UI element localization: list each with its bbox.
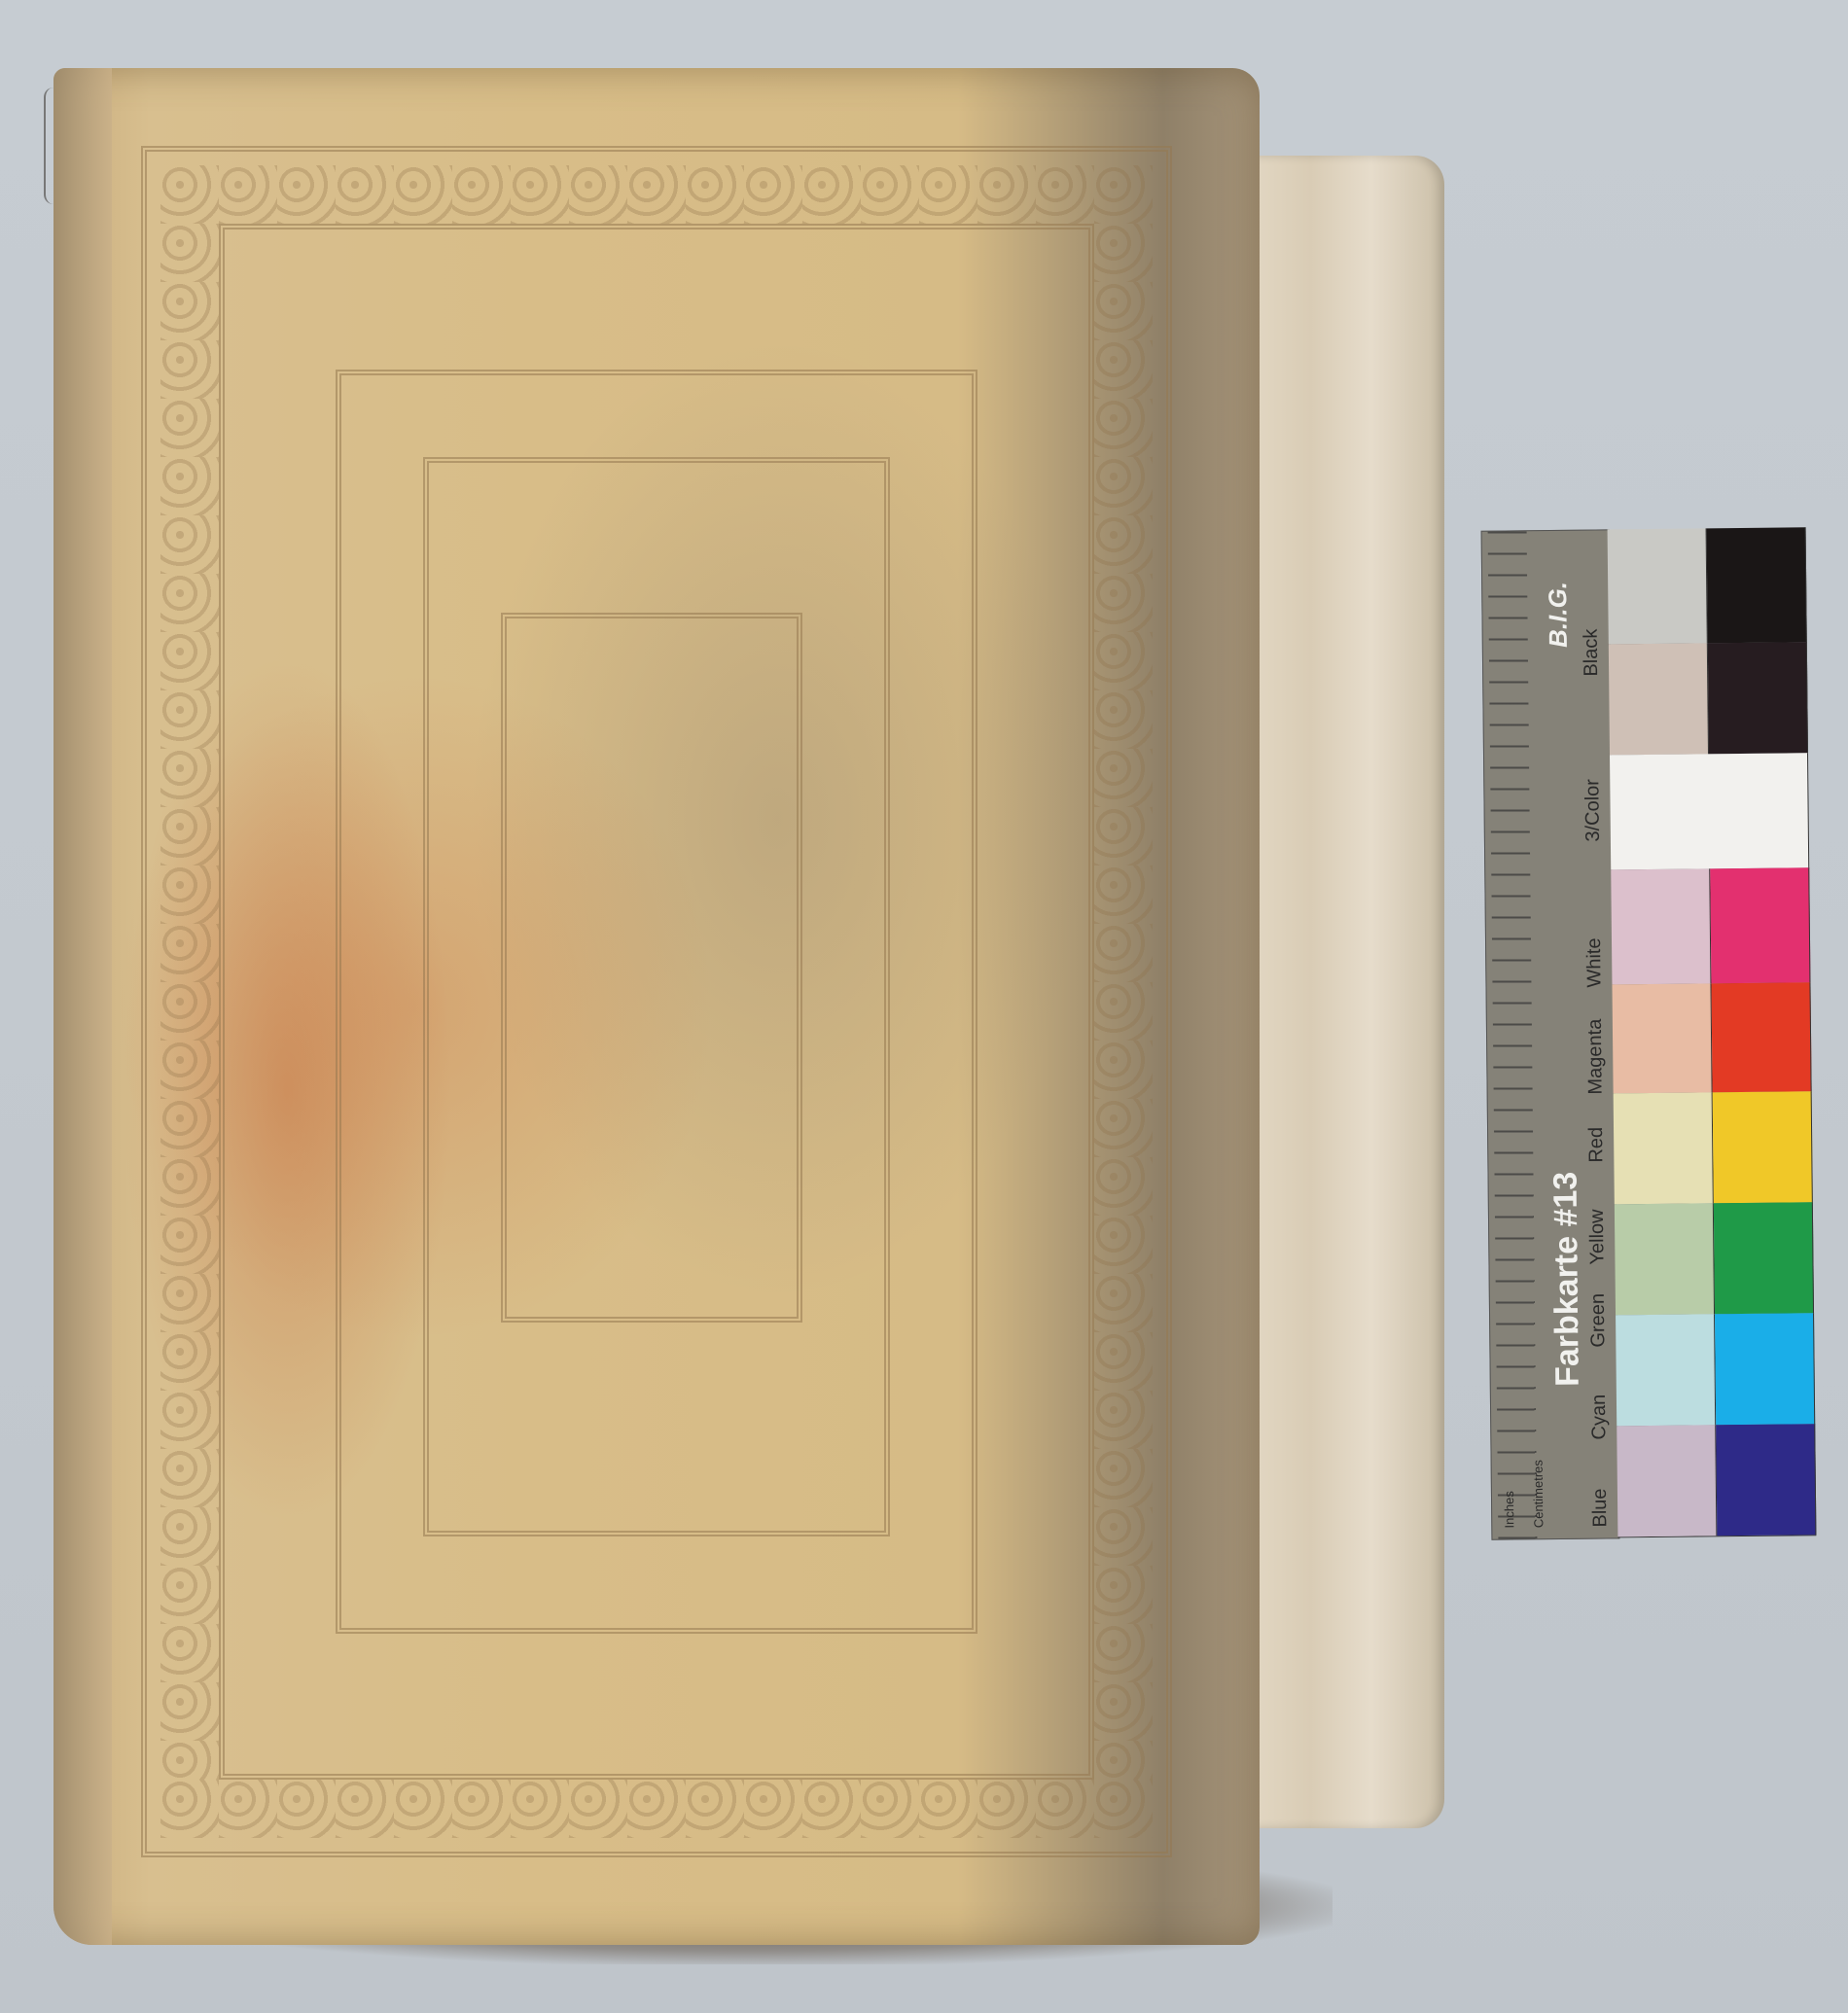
antique-book [53,68,1386,1945]
patch-label-blue: Blue [1589,1488,1612,1527]
swatch-row-cyan [1616,1313,1815,1427]
patch-label-white: White [1583,937,1607,987]
swatch-magenta-dark [1710,867,1810,983]
photo-scene: Inches Centimetres B.I.G. Farbkarte #13 … [0,0,1848,2013]
brand-label: B.I.G. [1543,582,1574,648]
centimetres-label: Centimetres [1531,1460,1546,1528]
swatch-row-yellow [1614,1091,1813,1205]
patch-label-red: Red [1585,1127,1608,1163]
patch-label-cyan: Cyan [1588,1395,1611,1440]
swatch-row-white [1610,753,1809,870]
patch-label-magenta: Magenta [1584,1019,1608,1095]
swatch-cyan-light [1616,1314,1716,1426]
patch-label-3color: 3/Color [1581,779,1605,842]
swatch-row-black [1608,527,1807,645]
swatch-yellow-light [1614,1092,1714,1204]
ruler-strip: Inches Centimetres B.I.G. Farbkarte #13 … [1481,529,1620,1539]
swatch-magenta-light [1611,868,1711,984]
swatch-green-dark [1714,1202,1814,1314]
patch-label-yellow: Yellow [1586,1209,1610,1264]
swatch-green-light [1615,1203,1715,1315]
swatch-red-dark [1711,982,1811,1092]
swatch-black-dark [1707,527,1807,643]
card-title: Farbkarte #13 [1546,1172,1586,1388]
inches-label: Inches [1502,1491,1516,1528]
color-reference-card: Inches Centimetres B.I.G. Farbkarte #13 … [1481,527,1817,1537]
swatch-blue-light [1617,1425,1717,1536]
book-cover [53,68,1260,1945]
swatch-white [1610,753,1809,869]
patch-label-green: Green [1587,1293,1611,1348]
swatch-row-blue [1617,1424,1816,1537]
swatch-row-3-color [1609,642,1808,756]
swatch-cyan-dark [1715,1313,1815,1425]
swatch-3-color-dark [1708,642,1808,754]
swatch-blue-dark [1716,1424,1816,1536]
loose-thread [44,88,63,204]
swatch-row-red [1612,982,1811,1094]
swatch-grid [1608,527,1817,1536]
spine-edge [53,68,112,1945]
swatch-3-color-light [1609,643,1709,755]
swatch-red-light [1612,983,1712,1093]
patch-label-black: Black [1581,629,1604,677]
tooled-frame-inner [501,613,802,1323]
swatch-row-magenta [1611,867,1810,985]
swatch-black-light [1608,528,1708,644]
swatch-row-green [1615,1202,1814,1316]
ruler-ticks [1488,531,1538,1538]
swatch-yellow-dark [1713,1091,1813,1203]
